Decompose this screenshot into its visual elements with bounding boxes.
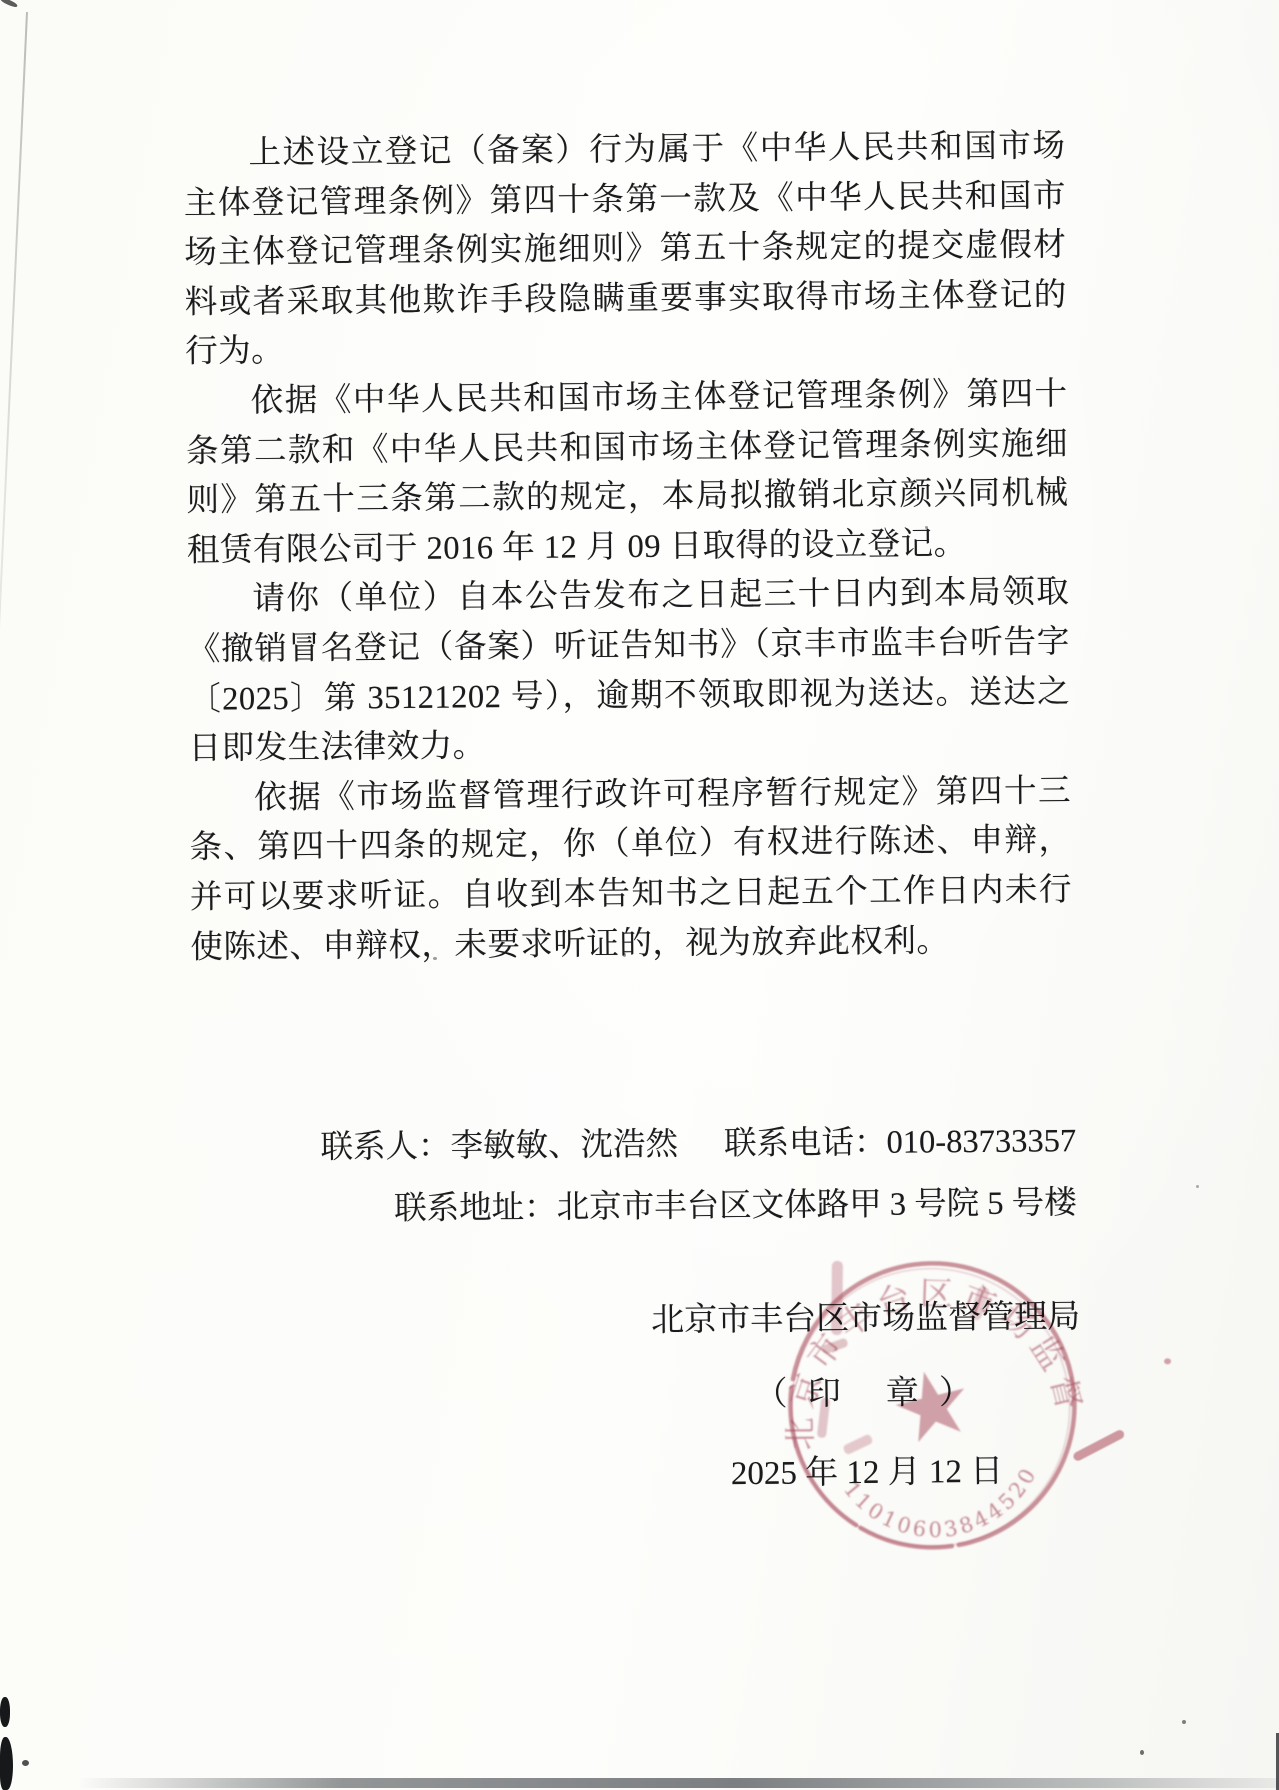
notice-body: 上述设立登记（备案）行为属于《中华人民共和国市场主体登记管理条例》第四十条第一款… <box>183 122 1072 973</box>
stamp-serial-number: 11010603844520 <box>837 1453 1049 1555</box>
paragraph-pickup-notice: 请你（单位）自本公告发布之日起三十日内到本局领取《撤销冒名登记（备案）听证告知书… <box>187 568 1071 774</box>
paragraph-revocation-intent: 依据《中华人民共和国市场主体登记管理条例》第四十条第二款和《中华人民共和国市场主… <box>185 370 1069 576</box>
contact-person-label: 联系人： <box>320 1129 450 1166</box>
stamp-star-icon: ★ <box>880 1344 985 1467</box>
contact-phone-label: 联系电话： <box>724 1125 887 1162</box>
stamp-stray-speck <box>1164 1358 1171 1364</box>
contact-line-1: 联系人：李敏敏、沈浩然联系电话：010-83733357 <box>320 1110 1076 1179</box>
document-content: 上述设立登记（备案）行为属于《中华人民共和国市场主体登记管理条例》第四十条第一款… <box>0 0 1279 1790</box>
paragraph-rights-statement: 依据《市场监督管理行政许可程序暂行规定》第四十三条、第四十四条的规定，你（单位）… <box>189 767 1073 973</box>
contact-address: 北京市丰台区文体路甲 3 号院 5 号楼 <box>557 1185 1077 1226</box>
contact-phone: 010-83733357 <box>886 1123 1076 1161</box>
contact-block: 联系人：李敏敏、沈浩然联系电话：010-83733357 联系地址：北京市丰台区… <box>320 1110 1077 1241</box>
contact-persons: 李敏敏、沈浩然 <box>450 1127 678 1165</box>
official-red-seal-stamp: 北京市丰台区市场监督管理局 ★ 11010603844520 <box>739 1212 1125 1598</box>
paragraph-legal-basis: 上述设立登记（备案）行为属于《中华人民共和国市场主体登记管理条例》第四十条第一款… <box>183 122 1067 378</box>
contact-address-label: 联系地址： <box>394 1190 557 1227</box>
stamp-ink-smear <box>831 1261 843 1335</box>
stamp-ink-smear <box>842 1433 873 1455</box>
scanned-notice-page: 上述设立登记（备案）行为属于《中华人民共和国市场主体登记管理条例》第四十条第一款… <box>0 0 1279 1790</box>
